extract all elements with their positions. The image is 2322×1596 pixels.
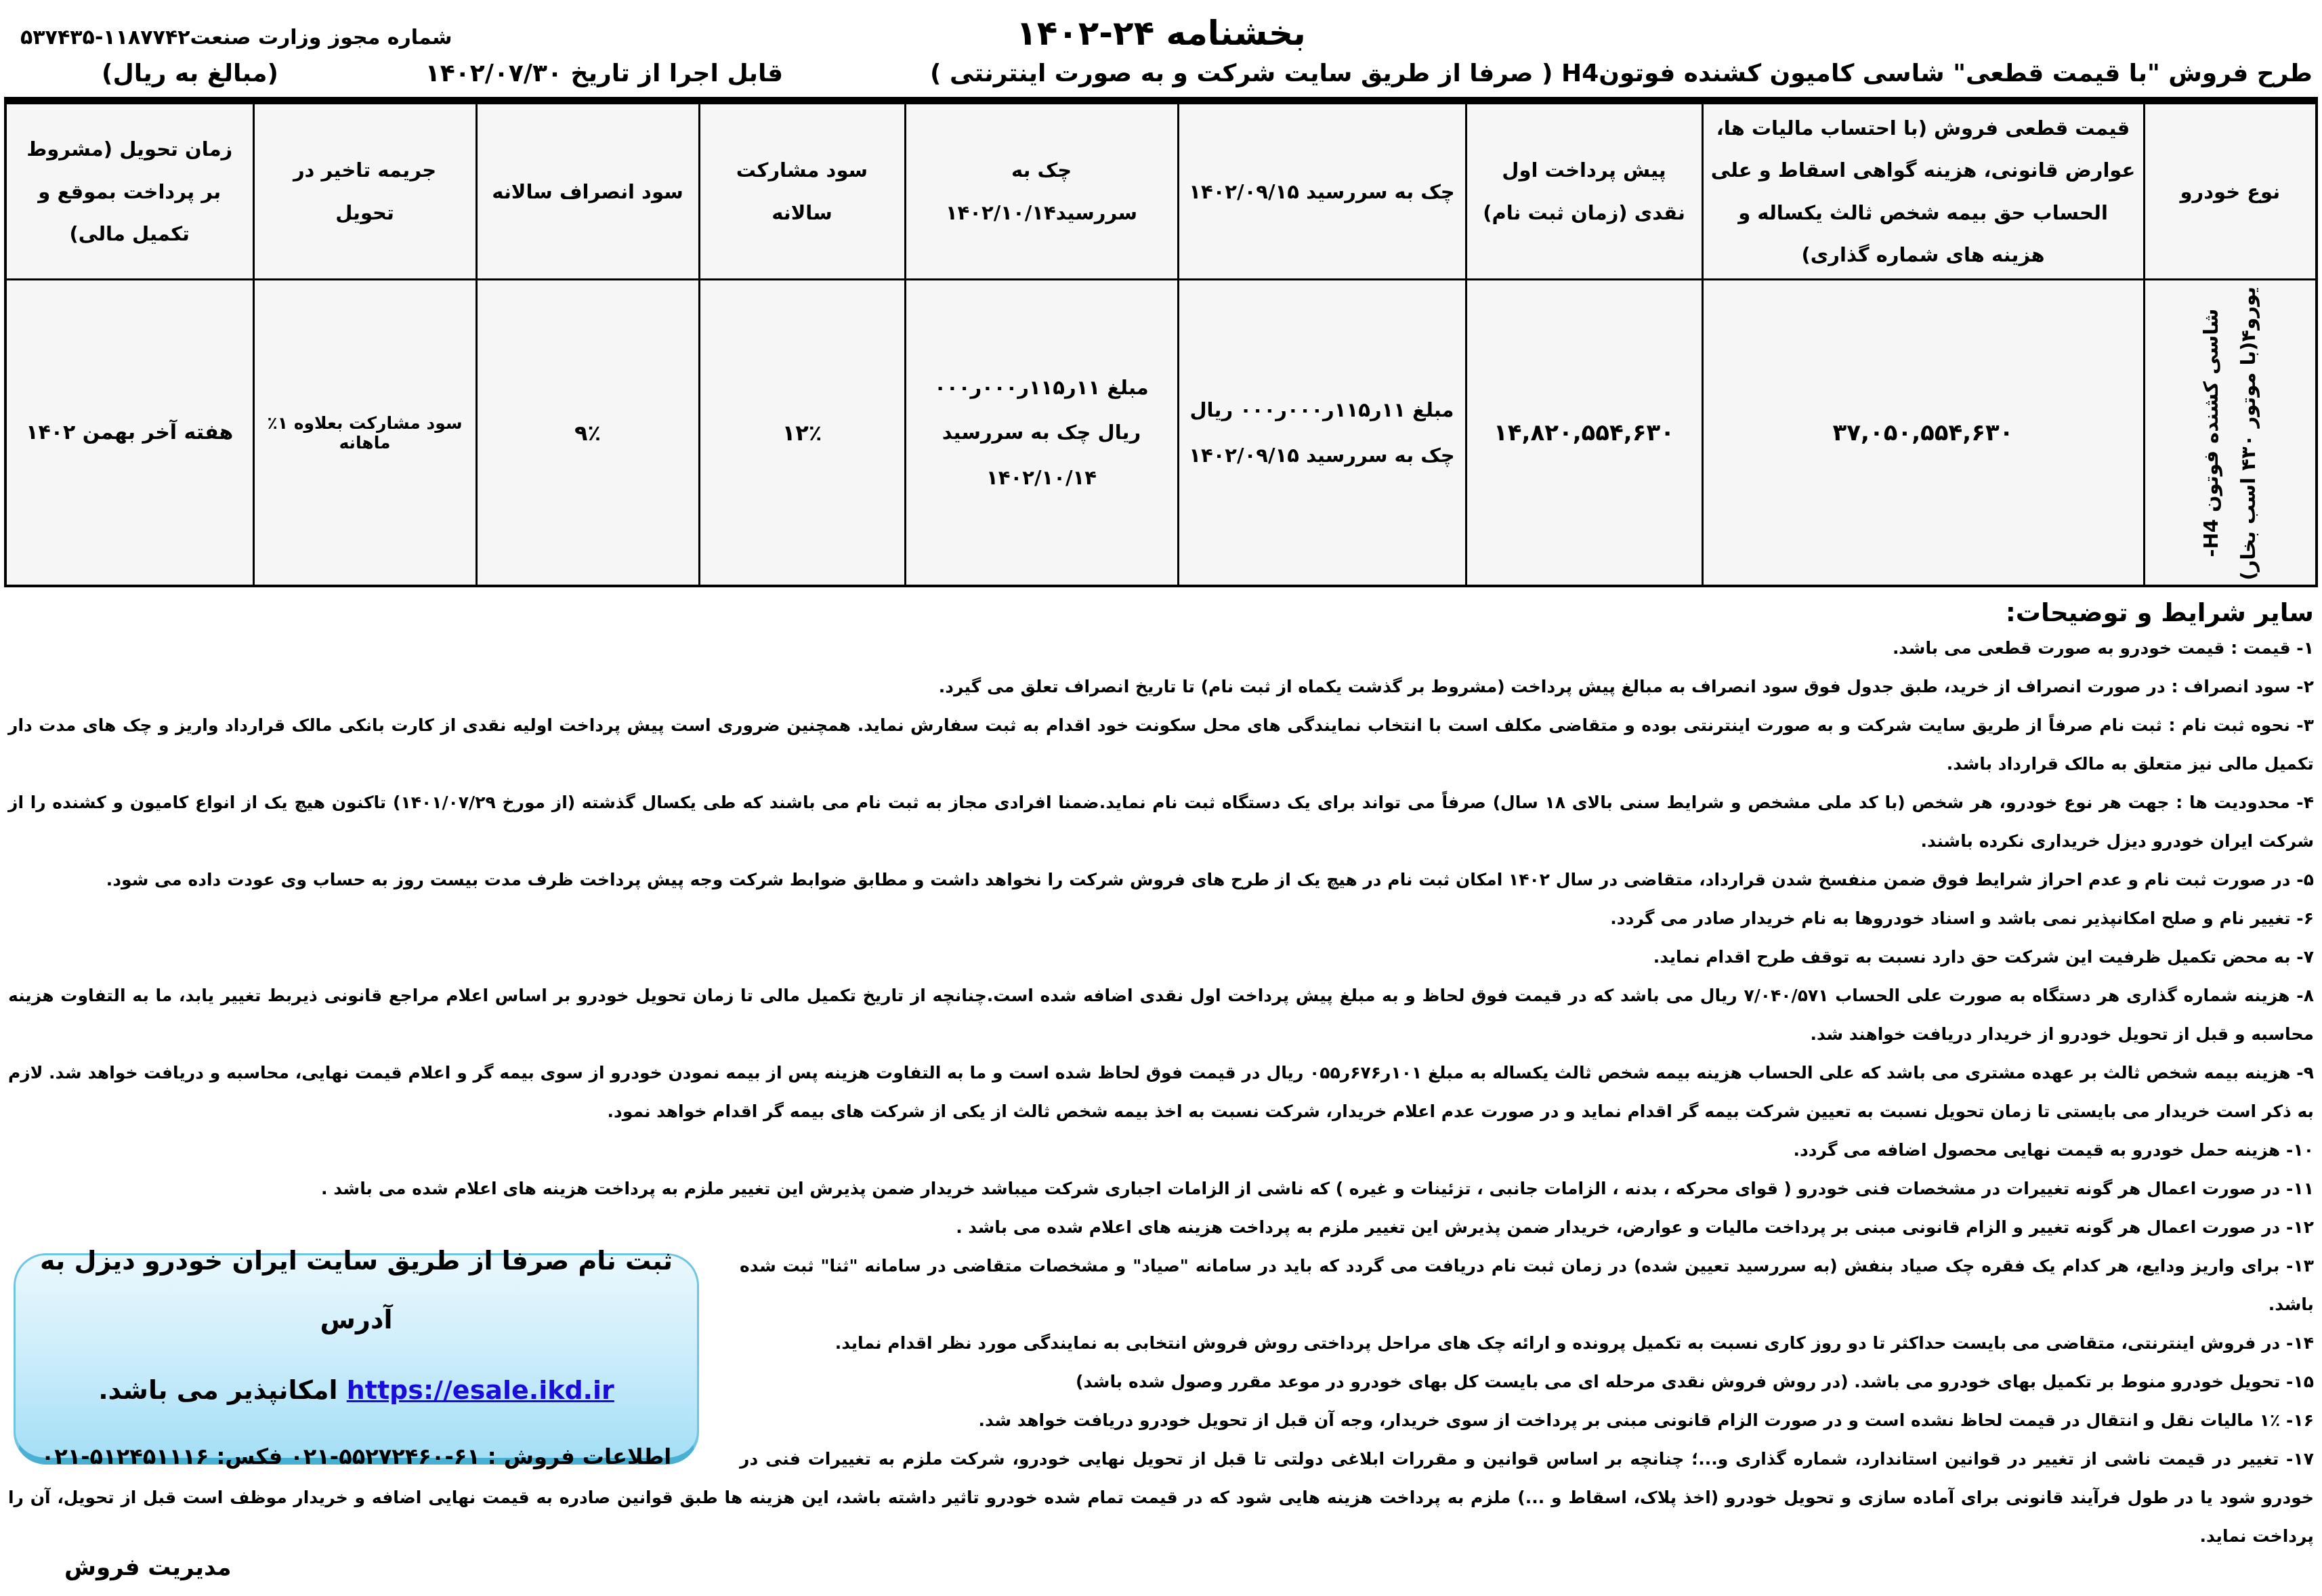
col-vehicle-type: نوع خودرو xyxy=(2144,101,2317,280)
note-item-10: ۱۰- هزینه حمل خودرو به قیمت نهایی محصول … xyxy=(8,1131,2314,1169)
circular-page: { "header": { "license_label": "شماره مج… xyxy=(0,0,2322,1596)
down-payment-value: ۱۴,۸۲۰,۵۵۴,۶۳۰ xyxy=(1466,280,1702,586)
participation-profit-value: ۱۲٪ xyxy=(699,280,905,586)
vehicle-type-cell: شاسی کشنده فوتون H4- یورو۴(با موتور ۴۳۰ … xyxy=(2144,280,2317,586)
registration-link-line: https://esale.ikd.ir امکانپذیر می باشد. xyxy=(98,1361,614,1420)
check1-value: مبلغ ۱۱ر۱۱۵ر۰۰۰ر۰۰۰ ریال چک به سررسید ۱۴… xyxy=(1178,280,1466,586)
notes-section-title: سایر شرایط و توضیحات: xyxy=(8,598,2314,627)
note-item-5: ۵- در صورت ثبت نام و عدم احراز شرایط فوق… xyxy=(8,860,2314,899)
final-price-value: ۳۷,۰۵۰,۵۵۴,۶۳۰ xyxy=(1702,280,2144,586)
col-cancellation-profit: سود انصراف سالانه xyxy=(476,101,699,280)
currency-note: (مبالغ به ریال) xyxy=(102,60,278,87)
col-participation-profit: سود مشارکت سالانه xyxy=(699,101,905,280)
plan-description: طرح فروش "با قیمت قطعی" شاسی کامیون کشند… xyxy=(930,60,2313,87)
note-item-7: ۷- به محض تکمیل ظرفیت این شرکت حق دارد ن… xyxy=(8,938,2314,976)
subtitle-row: طرح فروش "با قیمت قطعی" شاسی کامیون کشند… xyxy=(0,53,2322,90)
ministry-license-number: شماره مجوز وزارت صنعت۱۱۸۷۷۴۲-۵۳۷۴۳۵ xyxy=(20,26,452,49)
registration-info-box: ثبت نام صرفا از طریق سایت ایران خودرو دی… xyxy=(14,1253,699,1465)
note-item-2: ۲- سود انصراف : در صورت انصراف از خرید، … xyxy=(8,667,2314,706)
col-check-2: چک به سررسید۱۴۰۲/۱۰/۱۴ xyxy=(905,101,1178,280)
check2-value: مبلغ ۱۱ر۱۱۵ر۰۰۰ر۰۰۰ ریال چک به سررسید ۱۴… xyxy=(905,280,1178,586)
note-item-8: ۸- هزینه شماره گذاری هر دستگاه به صورت ع… xyxy=(8,976,2314,1053)
registration-link-suffix: امکانپذیر می باشد. xyxy=(98,1375,347,1405)
notes-list: ۱- قیمت : قیمت خودرو به صورت قطعی می باش… xyxy=(8,629,2314,1555)
delivery-time-value: هفته آخر بهمن ۱۴۰۲ xyxy=(5,280,253,586)
note-item-11: ۱۱- در صورت اعمال هر گونه تغییرات در مشخ… xyxy=(8,1169,2314,1208)
table-row: شاسی کشنده فوتون H4- یورو۴(با موتور ۴۳۰ … xyxy=(5,280,2317,586)
vehicle-type-rotated-text: شاسی کشنده فوتون H4- یورو۴(با موتور ۴۳۰ … xyxy=(2193,287,2267,579)
note-item-4: ۴- محدودیت ها : جهت هر نوع خودرو، هر شخص… xyxy=(8,783,2314,860)
sales-contact-info: اطلاعات فروش : ۶۱-۵۵۲۷۲۴۶۰-۰۲۱ فکس: ۵۱۲۴… xyxy=(41,1432,672,1482)
vehicle-name-line2: یورو۴(با موتور ۴۳۰ اسب بخار) xyxy=(2230,287,2267,579)
esale-website-link[interactable]: https://esale.ikd.ir xyxy=(347,1375,614,1405)
price-table: نوع خودرو قیمت قطعی فروش (با احتساب مالی… xyxy=(4,97,2318,587)
col-down-payment: پیش پرداخت اول نقدی (زمان ثبت نام) xyxy=(1466,101,1702,280)
note-item-6: ۶- تغییر نام و صلح امکانپذیر نمی باشد و … xyxy=(8,899,2314,938)
note-item-3: ۳- نحوه ثبت نام : ثبت نام صرفاً از طریق … xyxy=(8,706,2314,783)
registration-info-line: ثبت نام صرفا از طریق سایت ایران خودرو دی… xyxy=(16,1232,697,1349)
col-delay-penalty: جریمه تاخیر در تحویل xyxy=(253,101,476,280)
table-header-row: نوع خودرو قیمت قطعی فروش (با احتساب مالی… xyxy=(5,101,2317,280)
delay-penalty-value: سود مشارکت بعلاوه ۱٪ ماهانه xyxy=(253,280,476,586)
vehicle-name-line1: شاسی کشنده فوتون H4- xyxy=(2193,287,2230,579)
col-final-price: قیمت قطعی فروش (با احتساب مالیات ها، عوا… xyxy=(1702,101,2144,280)
col-delivery-time: زمان تحویل (مشروط بر پرداخت بموقع و تکمی… xyxy=(5,101,253,280)
note-item-9: ۹- هزینه بیمه شخص ثالث بر عهده مشتری می … xyxy=(8,1053,2314,1131)
cancellation-profit-value: ۹٪ xyxy=(476,280,699,586)
sales-management-signature: مدیریت فروش xyxy=(64,1554,232,1581)
note-item-1: ۱- قیمت : قیمت خودرو به صورت قطعی می باش… xyxy=(8,629,2314,667)
execution-date: قابل اجرا از تاریخ ۱۴۰۲/۰۷/۳۰ xyxy=(425,60,783,87)
col-check-1: چک به سررسید ۱۴۰۲/۰۹/۱۵ xyxy=(1178,101,1466,280)
